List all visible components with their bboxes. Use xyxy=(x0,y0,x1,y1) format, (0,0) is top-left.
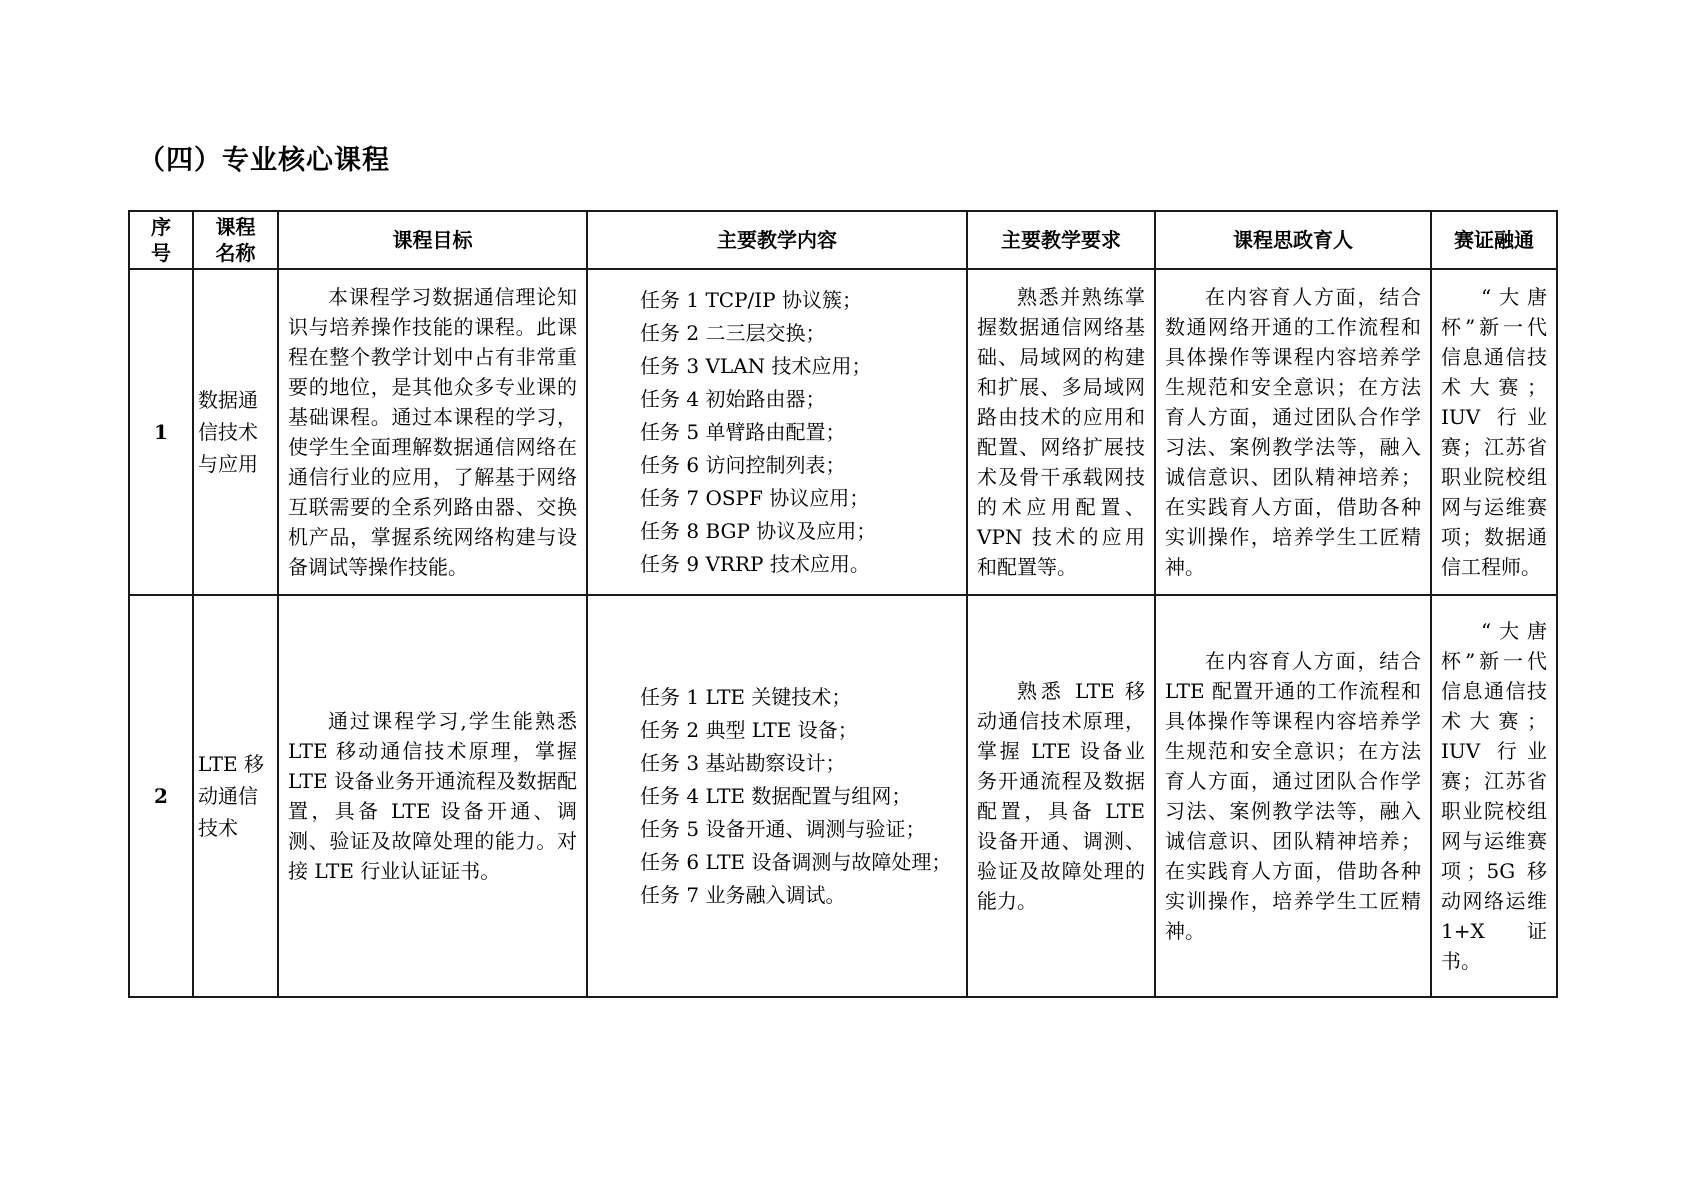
header-ideology-education: 课程思政育人 xyxy=(1155,211,1431,269)
document-page: （四）专业核心课程 序 号 课程 名称 课程目标 主要教学内容 主要教学要求 课… xyxy=(0,0,1684,1191)
cell-certification: “大唐杯”新一代信息通信技术大赛；IUV 行业赛；江苏省职业院校组网与运维赛项；… xyxy=(1431,595,1557,997)
header-teaching-requirement: 主要教学要求 xyxy=(967,211,1155,269)
table-row: 1 数据通信技术与应用 本课程学习数据通信理论知识与培养操作技能的课程。此课程在… xyxy=(129,269,1557,595)
cell-certification: “大唐杯”新一代信息通信技术大赛；IUV 行业赛；江苏省职业院校组网与运维赛项；… xyxy=(1431,269,1557,595)
cell-content: 任务 1 TCP/IP 协议簇； 任务 2 二三层交换； 任务 3 VLAN 技… xyxy=(587,269,967,595)
header-competition-certification: 赛证融通 xyxy=(1431,211,1557,269)
cell-course-name: 数据通信技术与应用 xyxy=(193,269,278,595)
header-seq-number: 序 号 xyxy=(129,211,193,269)
cell-course-name: LTE 移动通信技术 xyxy=(193,595,278,997)
cell-content: 任务 1 LTE 关键技术； 任务 2 典型 LTE 设备； 任务 3 基站勘察… xyxy=(587,595,967,997)
header-course-objective: 课程目标 xyxy=(278,211,587,269)
section-title: （四）专业核心课程 xyxy=(138,138,390,177)
cell-ideology: 在内容育人方面，结合 LTE 配置开通的工作流程和具体操作等课程内容培养学生规范… xyxy=(1155,595,1431,997)
cell-requirement: 熟悉 LTE 移动通信技术原理，掌握 LTE 设备业务开通流程及数据配置，具备 … xyxy=(967,595,1155,997)
cell-ideology: 在内容育人方面，结合数通网络开通的工作流程和具体操作等课程内容培养学生规范和安全… xyxy=(1155,269,1431,595)
cell-objective: 本课程学习数据通信理论知识与培养操作技能的课程。此课程在整个教学计划中占有非常重… xyxy=(278,269,587,595)
cell-seq-number: 1 xyxy=(129,269,193,595)
header-teaching-content: 主要教学内容 xyxy=(587,211,967,269)
header-course-name: 课程 名称 xyxy=(193,211,278,269)
cell-objective: 通过课程学习,学生能熟悉 LTE 移动通信技术原理，掌握 LTE 设备业务开通流… xyxy=(278,595,587,997)
table-header-row: 序 号 课程 名称 课程目标 主要教学内容 主要教学要求 课程思政育人 赛证融通 xyxy=(129,211,1557,269)
table-row: 2 LTE 移动通信技术 通过课程学习,学生能熟悉 LTE 移动通信技术原理，掌… xyxy=(129,595,1557,997)
cell-seq-number: 2 xyxy=(129,595,193,997)
core-courses-table: 序 号 课程 名称 课程目标 主要教学内容 主要教学要求 课程思政育人 赛证融通… xyxy=(128,210,1558,998)
cell-requirement: 熟悉并熟练掌握数据通信网络基础、局域网的构建和扩展、多局域网路由技术的应用和配置… xyxy=(967,269,1155,595)
